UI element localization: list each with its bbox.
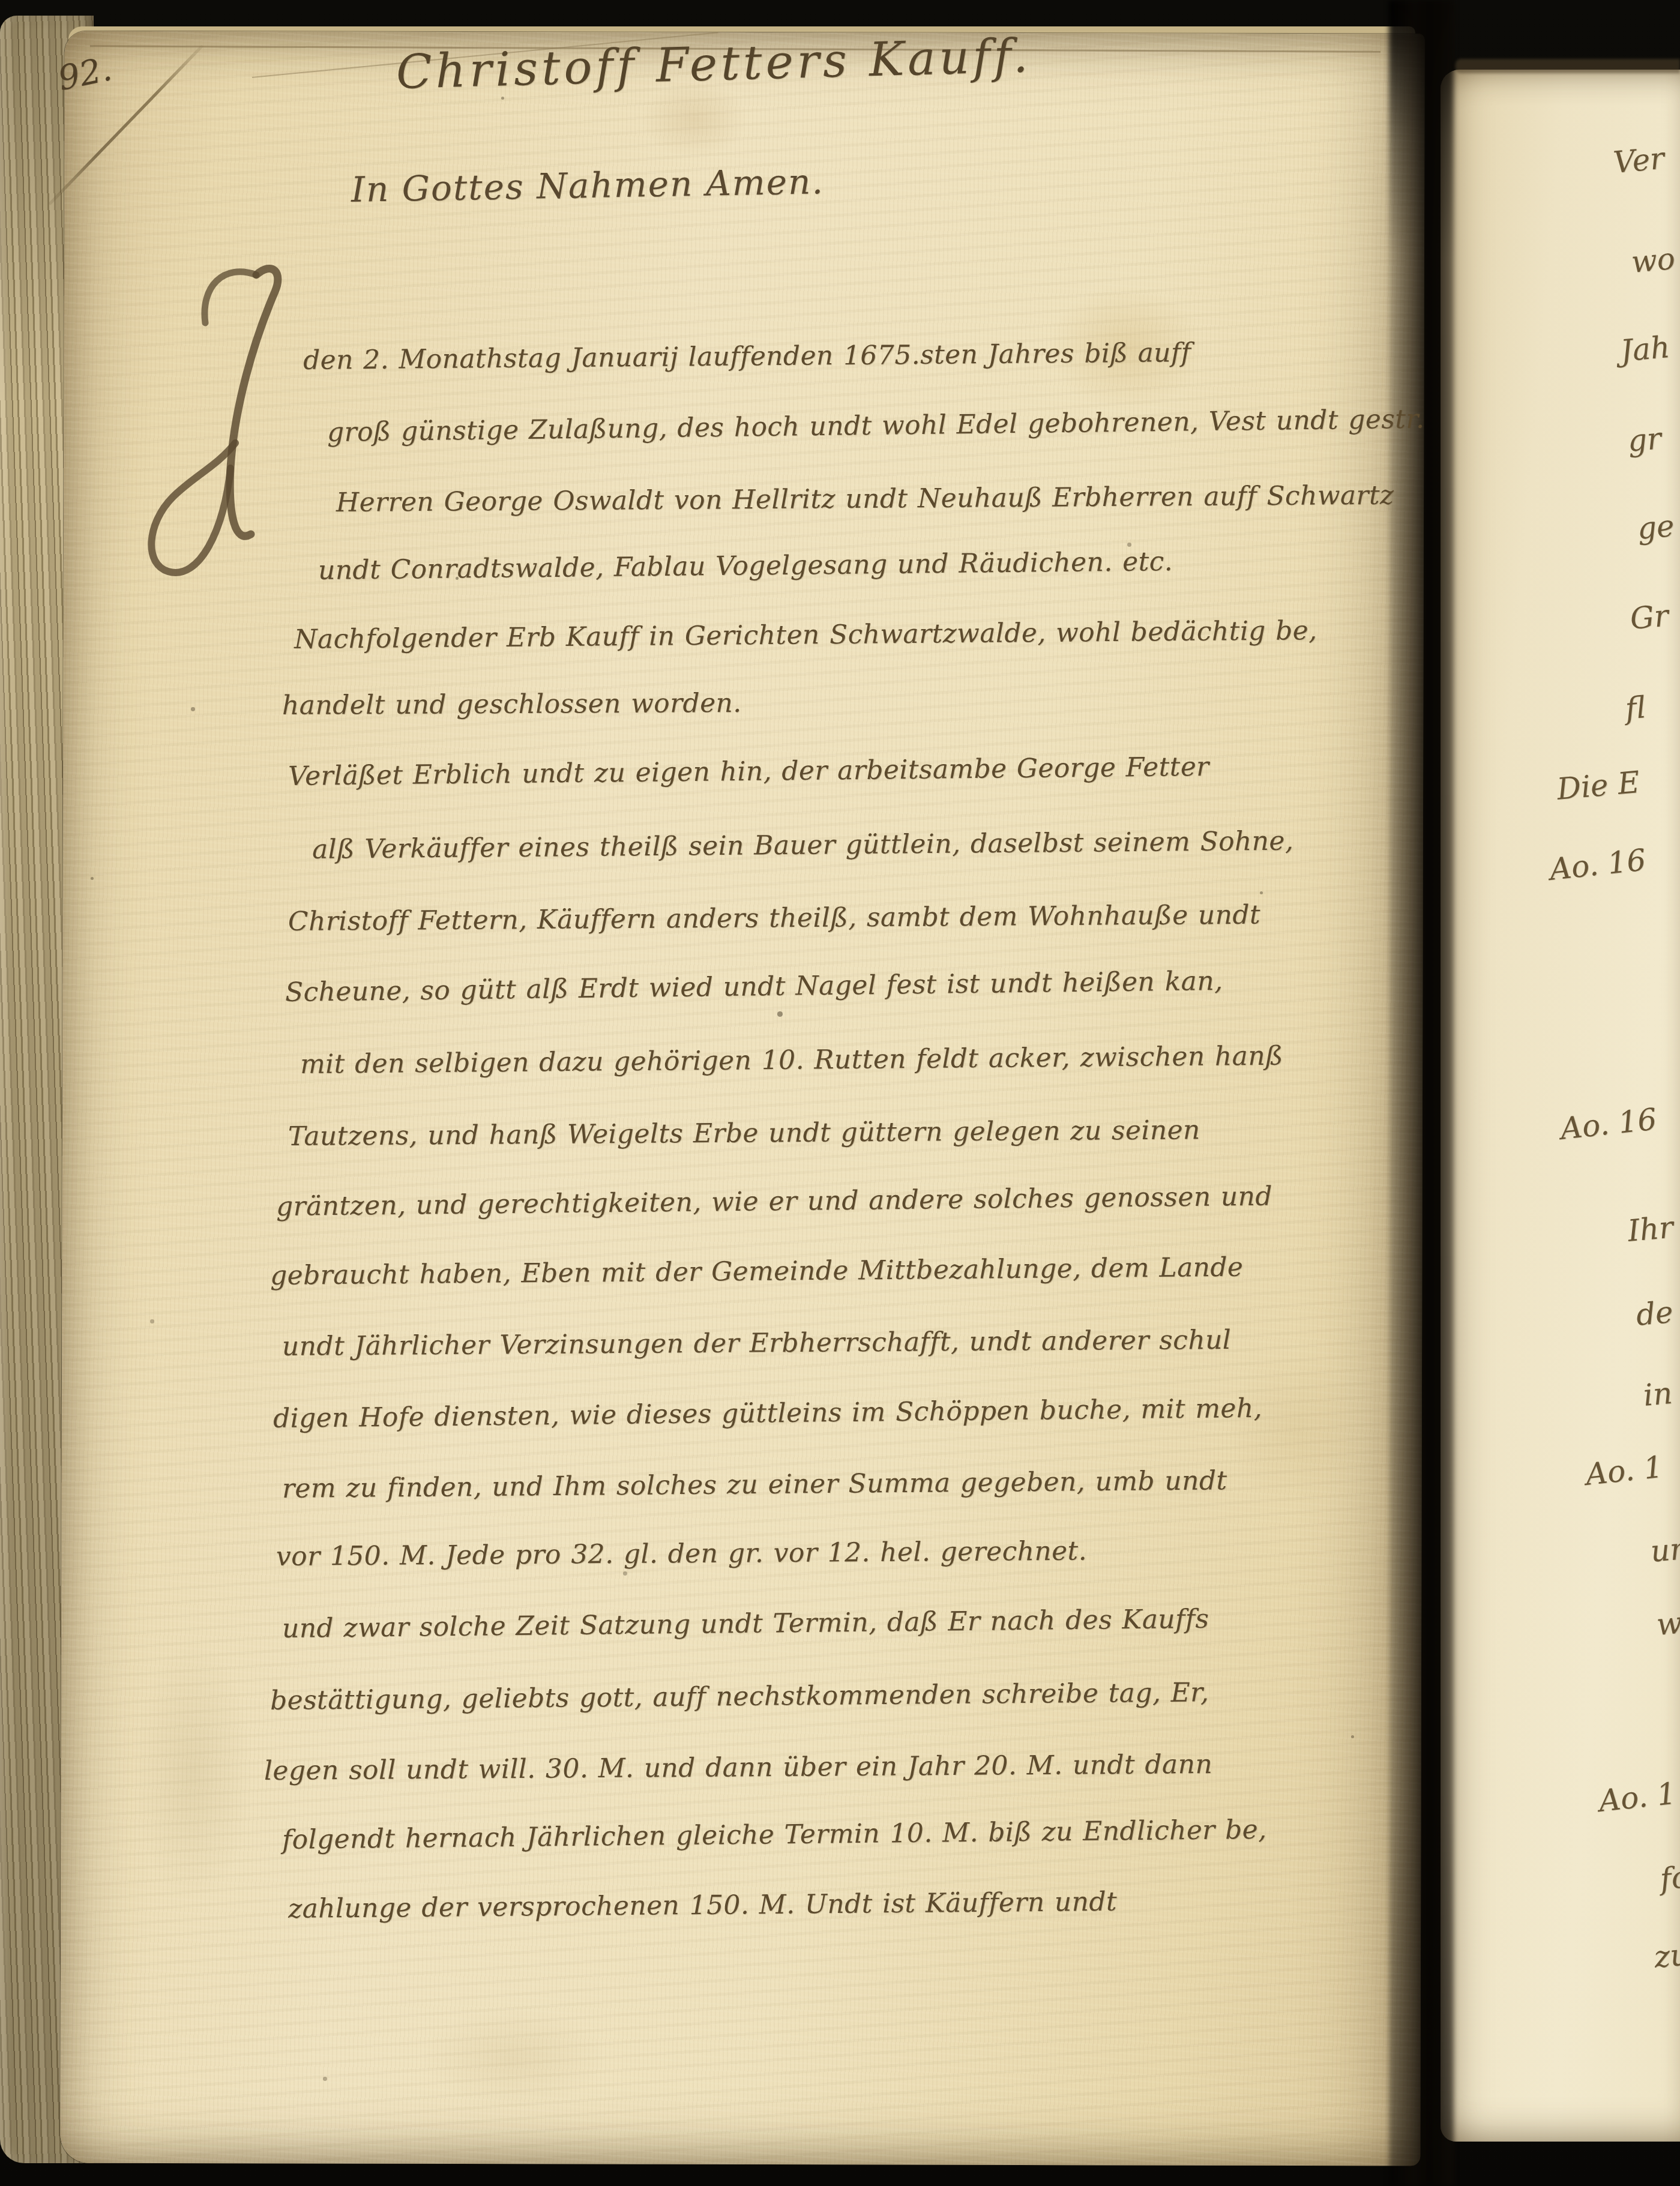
book-gutter-shadow bbox=[1389, 0, 1454, 2186]
facing-text-fragment: un bbox=[1649, 1531, 1680, 1568]
facing-page-fore-edge bbox=[1455, 59, 1680, 73]
book-scan: 92. Christoff Fetters Kauff. In Gottes N… bbox=[0, 0, 1680, 2186]
manuscript-line: handelt und geschlossen worden. bbox=[282, 688, 742, 721]
facing-text-fragment: wt bbox=[1655, 1604, 1680, 1642]
facing-text-fragment: Ihr bbox=[1626, 1209, 1675, 1248]
facing-text-fragment: gr bbox=[1626, 421, 1663, 459]
manuscript-line: vor 150. M. Jede pro 32. gl. den gr. vor… bbox=[276, 1536, 1087, 1572]
invocation-line: In Gottes Nahmen Amen. bbox=[351, 161, 824, 210]
facing-text-fragment: zu bbox=[1652, 1937, 1680, 1975]
facing-text-fragment: wo bbox=[1630, 241, 1676, 280]
facing-text-fragment: ge bbox=[1636, 508, 1675, 546]
manuscript-line: Tautzens, und hanß Weigelts Erbe undt gü… bbox=[288, 1115, 1200, 1152]
facing-text-fragment: in bbox=[1642, 1376, 1673, 1413]
ink-specks bbox=[0, 0, 2, 2]
facing-text-fragment: Jah bbox=[1619, 330, 1671, 369]
decorated-initial-I bbox=[133, 252, 289, 588]
facing-text-fragment: Ver bbox=[1612, 141, 1666, 180]
facing-text-fragment: fl bbox=[1624, 690, 1646, 726]
facing-text-fragment: de bbox=[1634, 1295, 1674, 1332]
facing-text-fragment: fo bbox=[1658, 1859, 1680, 1897]
facing-text-fragment: Die E bbox=[1555, 765, 1641, 807]
facing-text-fragment: Gr bbox=[1628, 598, 1670, 636]
